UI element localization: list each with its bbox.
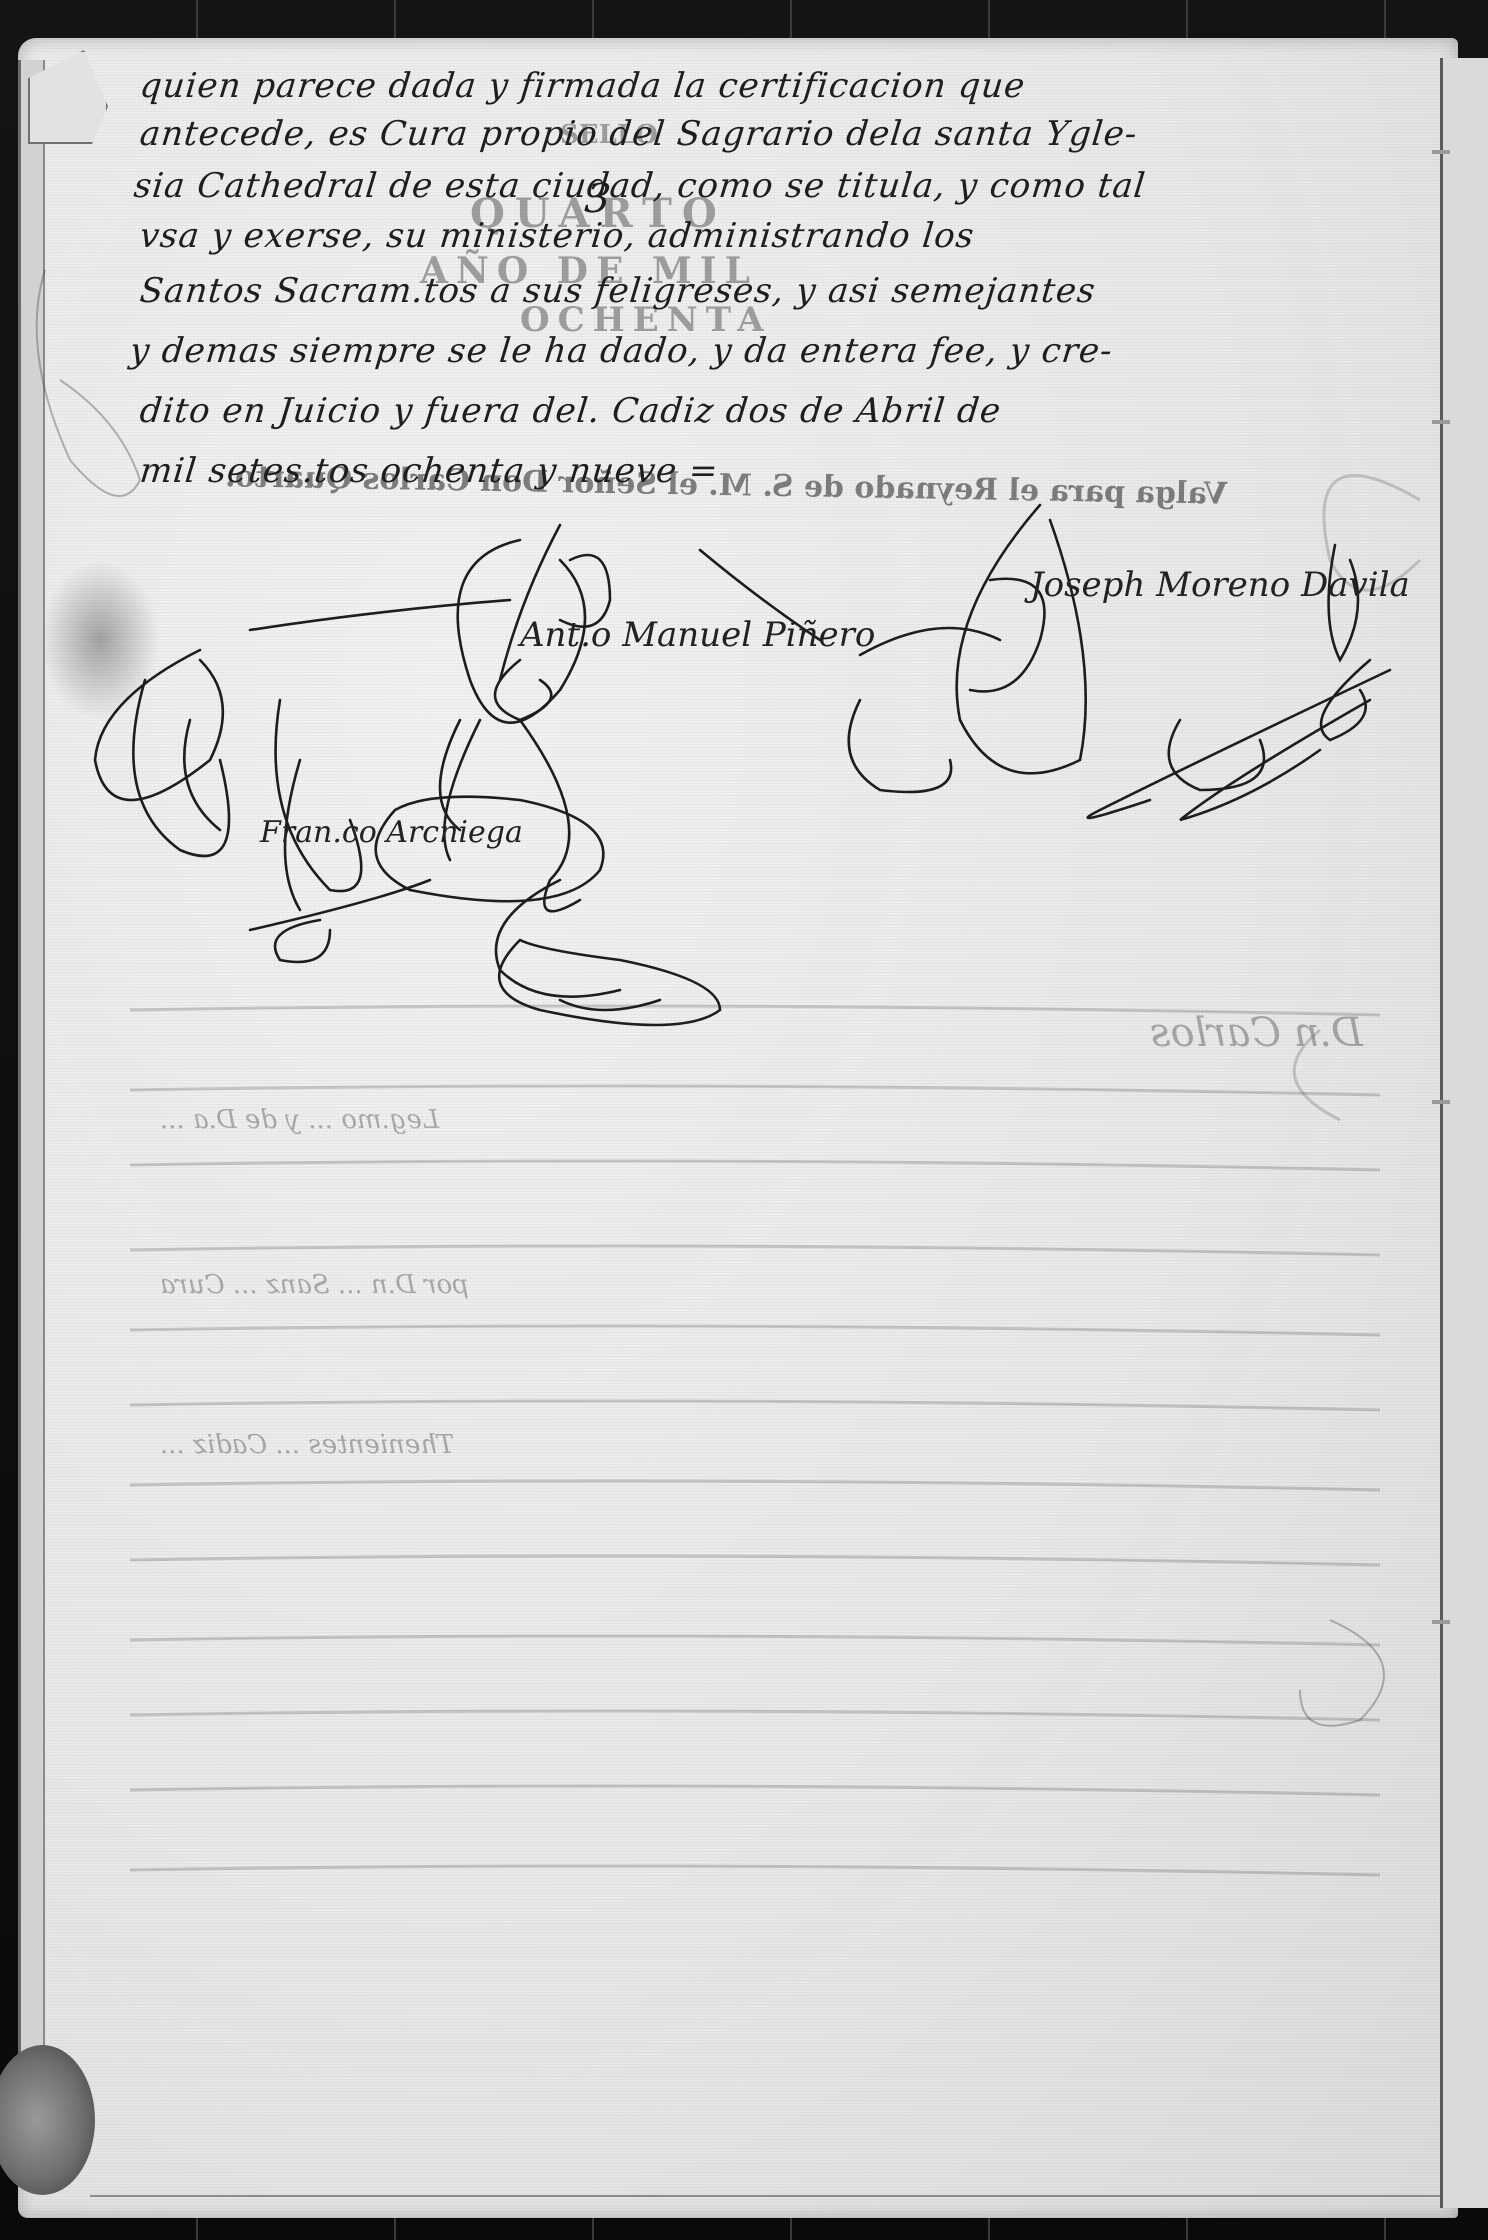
signature-name: Ant.o Manuel Piñero <box>520 615 875 655</box>
signature-name: Fran.co Arcniega <box>260 815 523 850</box>
signature-name: Joseph Moreno Davila <box>1030 565 1410 605</box>
signature-flourishes <box>0 0 1488 2240</box>
